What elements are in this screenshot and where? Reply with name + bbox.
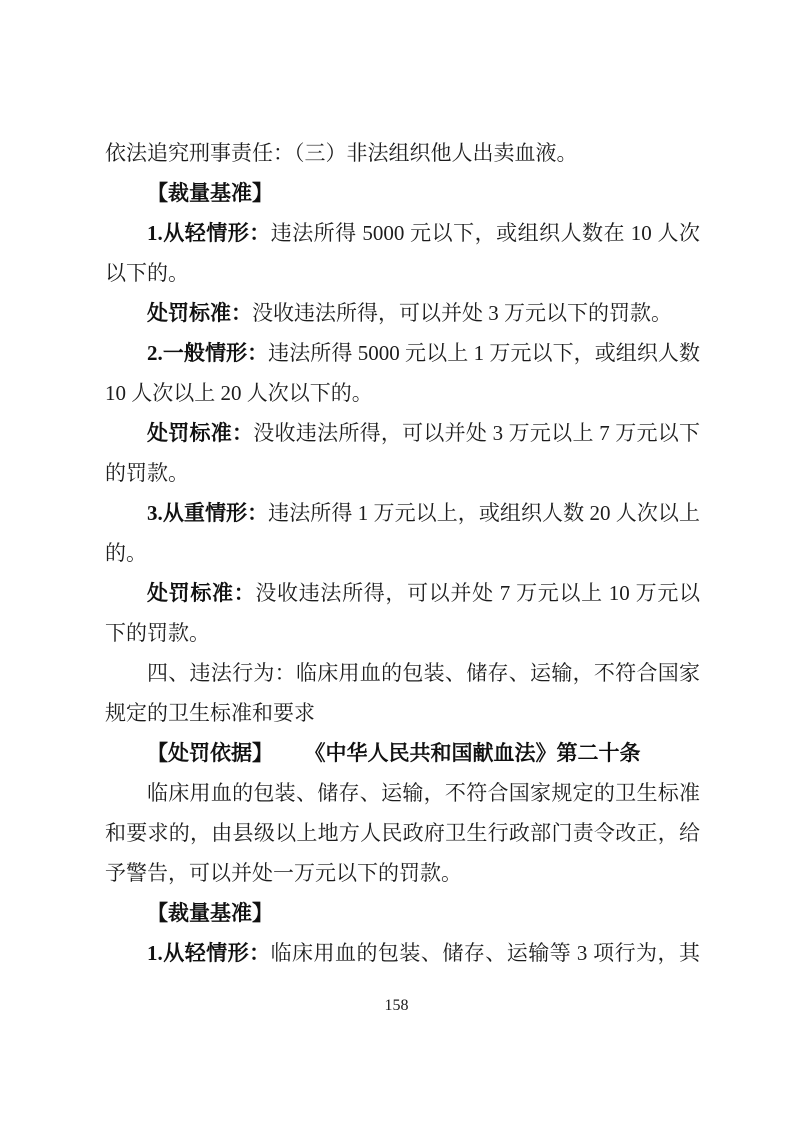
- line-bold-label: 1.从轻情形：: [147, 941, 271, 965]
- line-bold-label: 【裁量基准】: [147, 181, 273, 205]
- line-text: 没收违法所得，可以并处 3 万元以上 7 万元以下: [253, 421, 700, 445]
- section-heading-penalty-basis: 【处罚依据】《中华人民共和国献血法》第二十条: [105, 733, 700, 773]
- text-line: 规定的卫生标准和要求: [105, 693, 700, 733]
- text-line-law-quote: 临床用血的包装、储存、运输，不符合国家规定的卫生标准: [105, 773, 700, 813]
- line-text: 临床用血的包装、储存、运输，不符合国家规定的卫生标准: [147, 781, 700, 805]
- text-line-penalty-standard: 处罚标准：没收违法所得，可以并处 7 万元以上 10 万元以: [105, 573, 700, 613]
- line-text: 没收违法所得，可以并处 3 万元以下的罚款。: [252, 301, 672, 325]
- line-text: 和要求的，由县级以上地方人民政府卫生行政部门责令改正，给: [105, 821, 700, 845]
- text-line-law-quote: 予警告，可以并处一万元以下的罚款。: [105, 853, 700, 893]
- text-line-penalty-standard: 处罚标准：没收违法所得，可以并处 3 万元以下的罚款。: [105, 293, 700, 333]
- line-bold-label: 处罚标准：: [147, 581, 255, 605]
- page-content: 依法追究刑事责任：（三）非法组织他人出卖血液。 【裁量基准】 1.从轻情形：违法…: [105, 133, 700, 973]
- line-text: 违法所得 5000 元以上 1 万元以下，或组织人数: [268, 341, 700, 365]
- line-bold-label: 2.一般情形：: [147, 341, 268, 365]
- text-line: 下的罚款。: [105, 613, 700, 653]
- text-line-lenient-case: 1.从轻情形：临床用血的包装、储存、运输等 3 项行为，其: [105, 933, 700, 973]
- line-text: 以下的。: [105, 261, 189, 285]
- line-text: 依法追究刑事责任：（三）非法组织他人出卖血液。: [105, 141, 578, 165]
- text-line-lenient-case: 1.从轻情形：违法所得 5000 元以下，或组织人数在 10 人次: [105, 213, 700, 253]
- line-text: 10 人次以上 20 人次以下的。: [105, 381, 373, 405]
- line-text: 违法所得 5000 元以下，或组织人数在 10 人次: [271, 221, 700, 245]
- text-line-severe-case: 3.从重情形：违法所得 1 万元以上，或组织人数 20 人次以上: [105, 493, 700, 533]
- line-text: 没收违法所得，可以并处 7 万元以上 10 万元以: [255, 581, 700, 605]
- line-text: 予警告，可以并处一万元以下的罚款。: [105, 861, 462, 885]
- text-line-continuation: 依法追究刑事责任：（三）非法组织他人出卖血液。: [105, 133, 700, 173]
- line-bold-label: 处罚标准：: [147, 421, 253, 445]
- section-heading-discretion-benchmark: 【裁量基准】: [105, 893, 700, 933]
- line-text: 四、违法行为：临床用血的包装、储存、运输，不符合国家: [147, 661, 700, 685]
- law-reference-text: 《中华人民共和国献血法》第二十条: [315, 741, 641, 765]
- line-text: 下的罚款。: [105, 621, 210, 645]
- text-line: 的罚款。: [105, 453, 700, 493]
- section-heading-discretion-benchmark: 【裁量基准】: [105, 173, 700, 213]
- page-number: 158: [0, 995, 793, 1017]
- text-line: 10 人次以上 20 人次以下的。: [105, 373, 700, 413]
- line-text: 规定的卫生标准和要求: [105, 701, 315, 725]
- text-line-violation-item-four: 四、违法行为：临床用血的包装、储存、运输，不符合国家: [105, 653, 700, 693]
- line-text: 的罚款。: [105, 461, 189, 485]
- line-text: 违法所得 1 万元以上，或组织人数 20 人次以上: [268, 501, 700, 525]
- text-line: 以下的。: [105, 253, 700, 293]
- line-bold-label: 【裁量基准】: [147, 901, 273, 925]
- line-bold-label: 1.从轻情形：: [147, 221, 271, 245]
- text-line: 的。: [105, 533, 700, 573]
- text-line-penalty-standard: 处罚标准：没收违法所得，可以并处 3 万元以上 7 万元以下: [105, 413, 700, 453]
- line-bold-label: 【处罚依据】: [147, 741, 273, 765]
- line-text: 的。: [105, 541, 147, 565]
- line-bold-label: 3.从重情形：: [147, 501, 268, 525]
- text-line-law-quote: 和要求的，由县级以上地方人民政府卫生行政部门责令改正，给: [105, 813, 700, 853]
- document-page: 依法追究刑事责任：（三）非法组织他人出卖血液。 【裁量基准】 1.从轻情形：违法…: [0, 0, 793, 1122]
- line-text: 临床用血的包装、储存、运输等 3 项行为，其: [271, 941, 700, 965]
- text-line-general-case: 2.一般情形：违法所得 5000 元以上 1 万元以下，或组织人数: [105, 333, 700, 373]
- line-bold-label: 处罚标准：: [147, 301, 252, 325]
